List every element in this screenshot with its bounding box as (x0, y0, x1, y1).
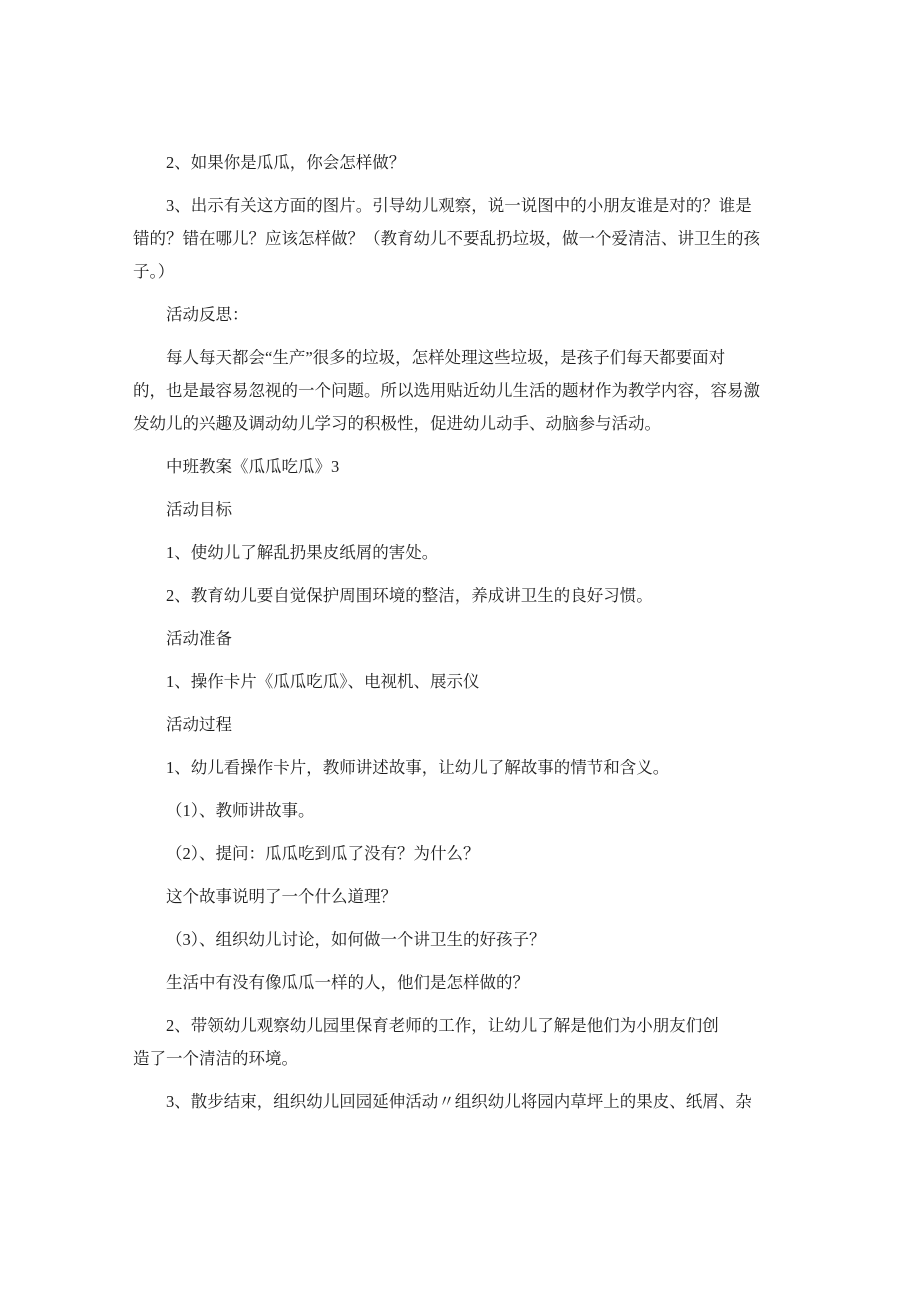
paragraph: 3、散步结束，组织幼儿回园延伸活动〃组织幼儿将园内草坪上的果皮、纸屑、杂 (133, 1085, 798, 1118)
paragraph: 每人每天都会“生产”很多的垃圾，怎样处理这些垃圾，是孩子们每天都要面对 的，也是… (133, 341, 798, 440)
paragraph: 活动过程 (133, 708, 798, 741)
paragraph: （2）、提问：瓜瓜吃到瓜了没有？为什么？ (133, 837, 798, 870)
paragraph: 2、带领幼儿观察幼儿园里保育老师的工作，让幼儿了解是他们为小朋友们创 造了一个清… (133, 1009, 798, 1075)
paragraph: 中班教案《瓜瓜吃瓜》3 (133, 450, 798, 483)
paragraph: 2、教育幼儿要自觉保护周围环境的整洁，养成讲卫生的良好习惯。 (133, 579, 798, 612)
paragraph: 活动反思： (133, 298, 798, 331)
paragraph: 活动目标 (133, 493, 798, 526)
paragraph: 活动准备 (133, 622, 798, 655)
paragraph: （1）、教师讲故事。 (133, 794, 798, 827)
document-body: 2、如果你是瓜瓜，你会怎样做？3、出示有关这方面的图片。引导幼儿观察，说一说图中… (133, 146, 798, 1128)
paragraph: 3、出示有关这方面的图片。引导幼儿观察，说一说图中的小朋友谁是对的？谁是 错的？… (133, 189, 798, 288)
paragraph: 1、幼儿看操作卡片，教师讲述故事，让幼儿了解故事的情节和含义。 (133, 751, 798, 784)
paragraph: 1、操作卡片《瓜瓜吃瓜》、电视机、展示仪 (133, 665, 798, 698)
paragraph: 生活中有没有像瓜瓜一样的人，他们是怎样做的？ (133, 966, 798, 999)
paragraph: 这个故事说明了一个什么道理？ (133, 880, 798, 913)
paragraph: 1、使幼儿了解乱扔果皮纸屑的害处。 (133, 536, 798, 569)
paragraph: （3）、组织幼儿讨论，如何做一个讲卫生的好孩子？ (133, 923, 798, 956)
paragraph: 2、如果你是瓜瓜，你会怎样做？ (133, 146, 798, 179)
